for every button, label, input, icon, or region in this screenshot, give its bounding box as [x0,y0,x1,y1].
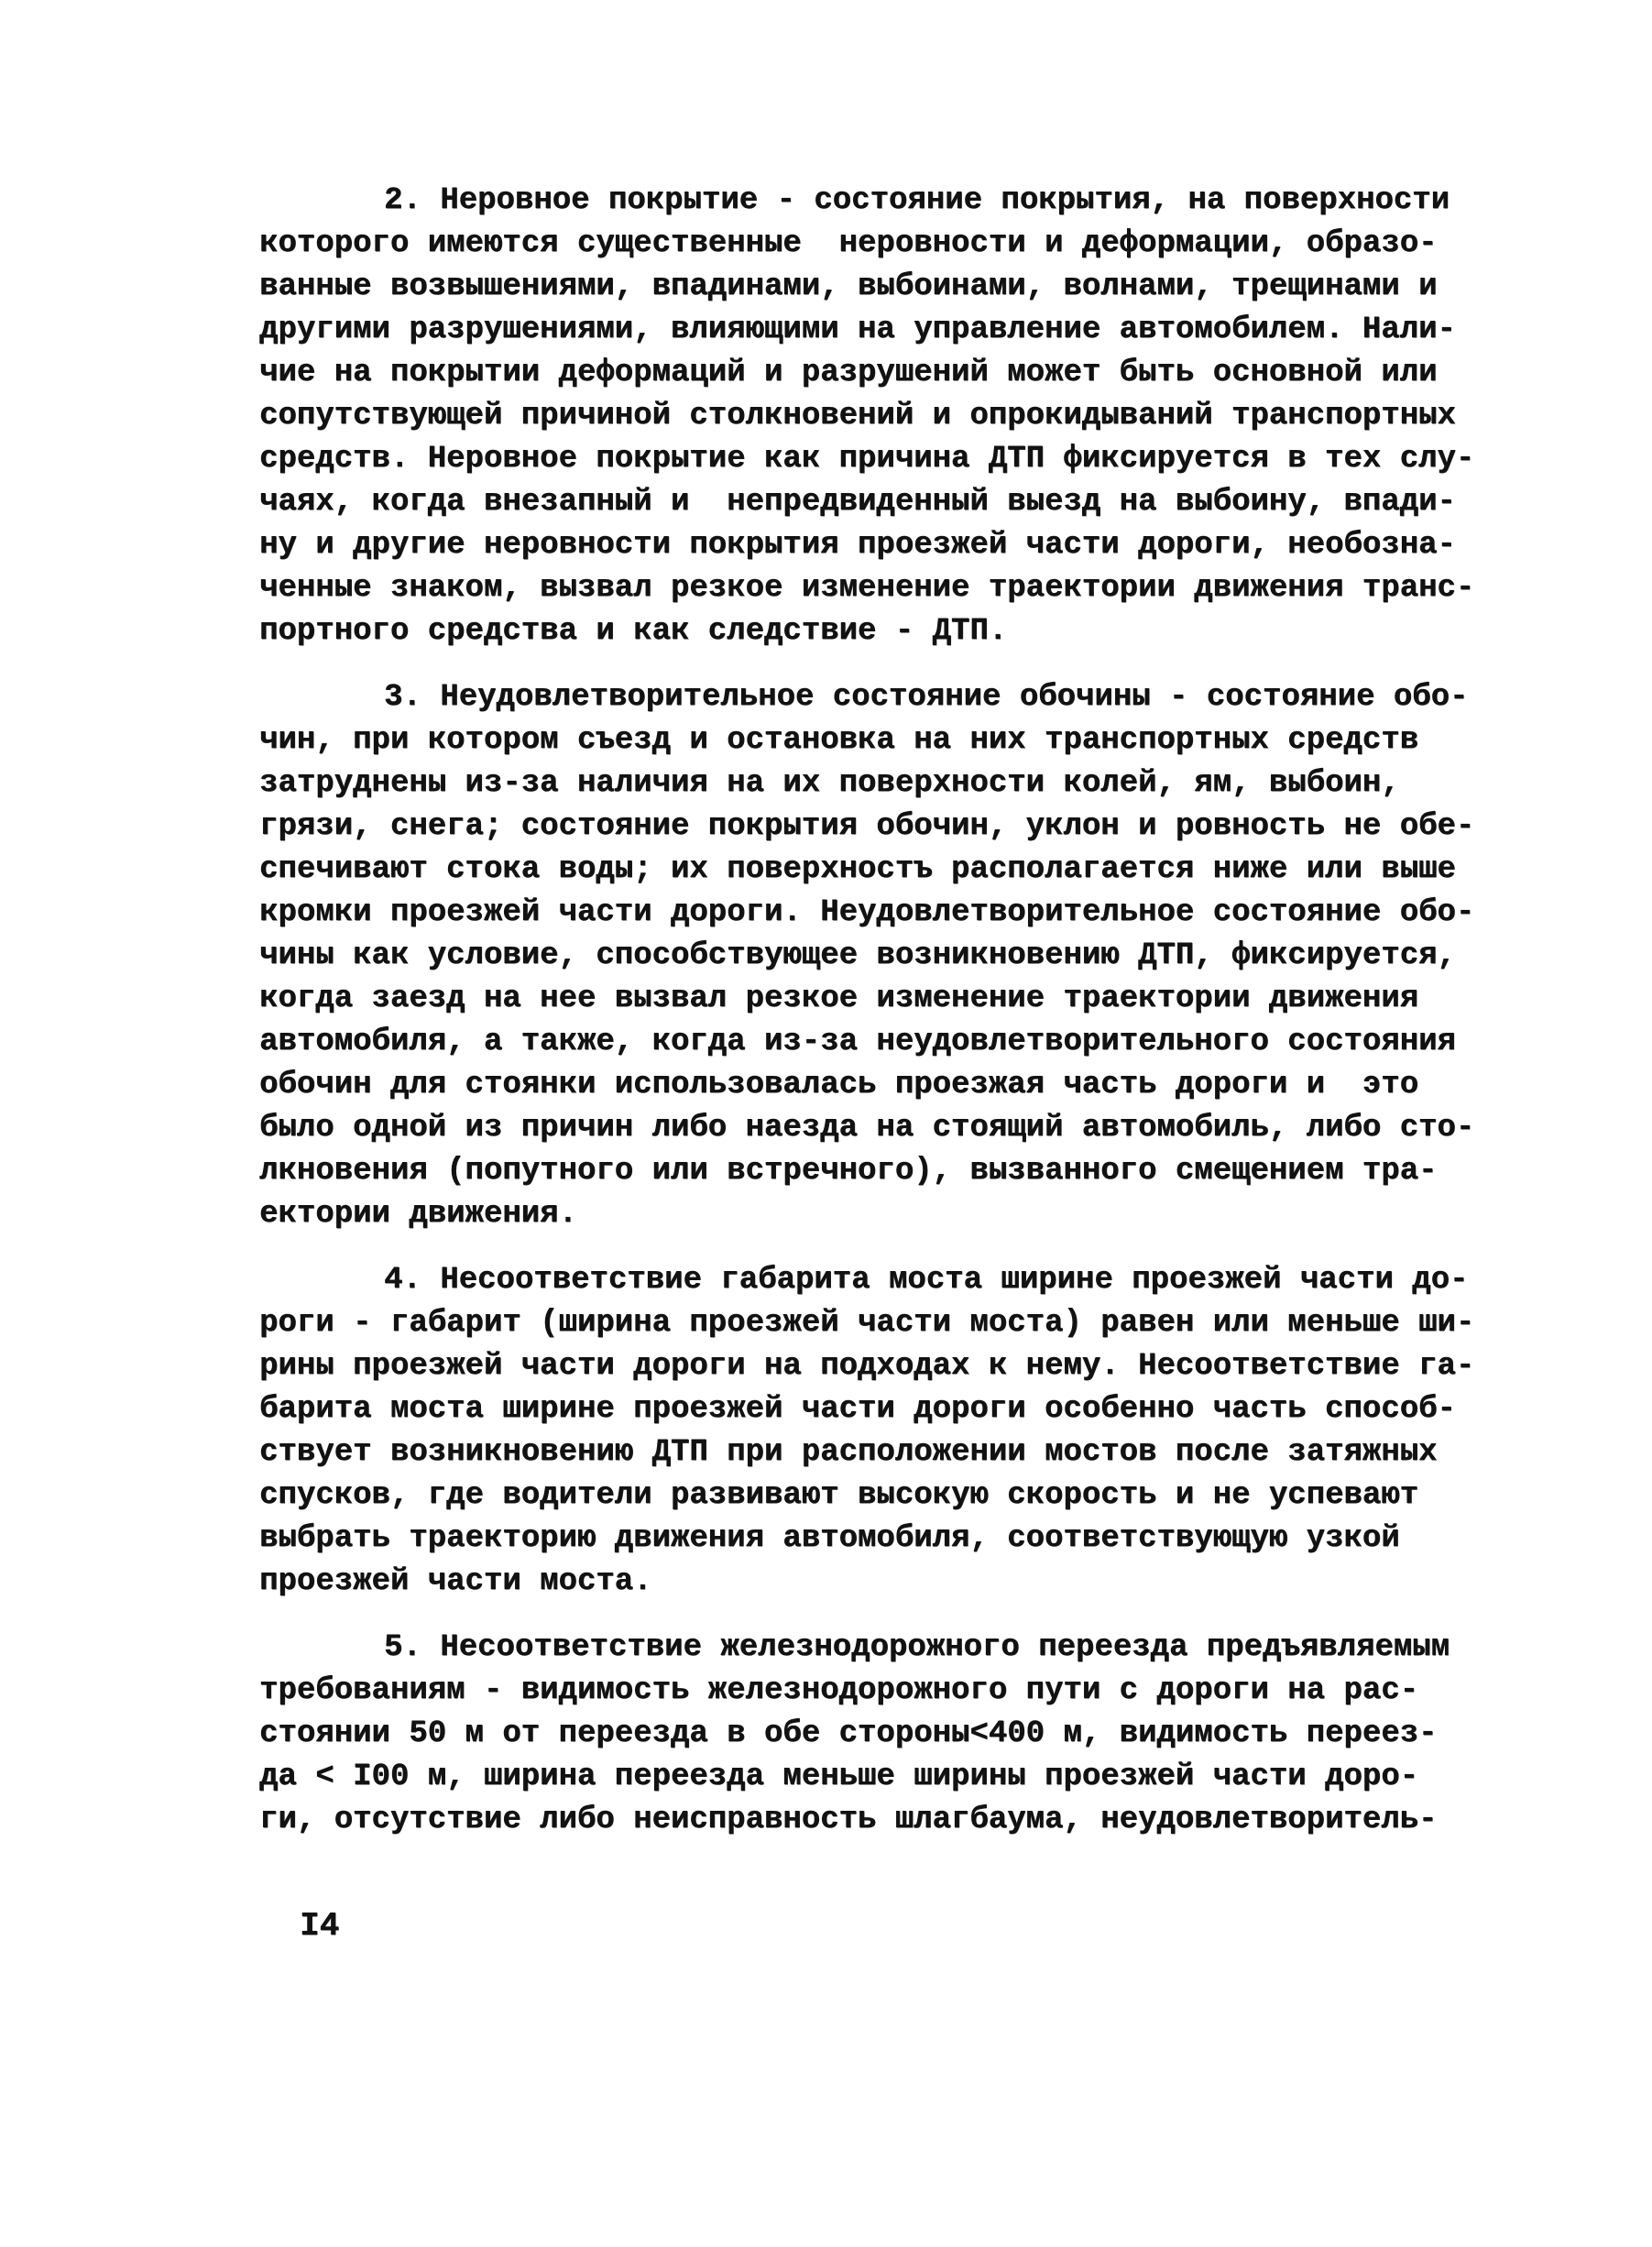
text-line: спечивают стока воды; их поверхностъ рас… [259,849,1478,892]
text-line: которого имеются существенные неровности… [259,223,1478,266]
text-line: барита моста ширине проезжей части дорог… [259,1388,1478,1431]
text-line: ченные знаком, вызвал резкое изменение т… [259,567,1478,610]
text-line: обочин для стоянки использовалась проезж… [259,1064,1478,1107]
text-line: средств. Неровное покрытие как причина Д… [259,438,1478,481]
text-line: ги, отсутствие либо неисправность шлагба… [259,1799,1478,1842]
text-line: грязи, снега; состояние покрытия обочин,… [259,806,1478,849]
text-line: ну и другие неровности покрытия проезжей… [259,524,1478,567]
text-line: кромки проезжей части дороги. Неудовлетв… [259,892,1478,935]
page-number: I4 [300,1904,339,1947]
text-line: проезжей части моста. [259,1561,1478,1604]
text-line: было одной из причин либо наезда на стоя… [259,1107,1478,1150]
text-line: чие на покрытии деформаций и разрушений … [259,352,1478,395]
text-line: ванные возвышениями, впадинами, выбоинам… [259,266,1478,309]
text-line: 2. Неровное покрытие - состояние покрыти… [259,180,1478,223]
paragraph-item-5: 5. Несоответствие железнодорожного перее… [259,1627,1478,1842]
scanned-page: 2. Неровное покрытие - состояние покрыти… [0,0,1652,2247]
paragraph-item-3: 3. Неудовлетворительное состояние обочин… [259,676,1478,1236]
text-line: стоянии 50 м от переезда в обе стороны<4… [259,1713,1478,1756]
text-line: 4. Несоответствие габарита моста ширине … [259,1259,1478,1302]
paragraph-item-2: 2. Неровное покрытие - состояние покрыти… [259,180,1478,653]
text-line: 3. Неудовлетворительное состояние обочин… [259,676,1478,719]
text-line: выбрать траекторию движения автомобиля, … [259,1518,1478,1561]
text-line: требованиям - видимость железнодорожного… [259,1670,1478,1713]
text-line: автомобиля, а также, когда из-за неудовл… [259,1021,1478,1064]
text-line: чин, при котором съезд и остановка на ни… [259,719,1478,762]
paragraph-item-4: 4. Несоответствие габарита моста ширине … [259,1259,1478,1604]
text-line: другими разрушениями, влияющими на управ… [259,309,1478,352]
text-line: чаях, когда внезапный и непредвиденный в… [259,481,1478,524]
text-line: спусков, где водители развивают высокую … [259,1474,1478,1518]
text-line: да < I00 м, ширина переезда меньше ширин… [259,1756,1478,1799]
text-line: ектории движения. [259,1193,1478,1236]
text-line: лкновения (попутного или встречного), вы… [259,1150,1478,1193]
text-line: портного средства и как следствие - ДТП. [259,610,1478,653]
text-line: чины как условие, способствующее возникн… [259,935,1478,978]
text-line: когда заезд на нее вызвал резкое изменен… [259,978,1478,1021]
text-block: 2. Неровное покрытие - состояние покрыти… [259,180,1478,1842]
text-line: рины проезжей части дороги на подходах к… [259,1345,1478,1388]
text-line: ствует возникновению ДТП при расположени… [259,1431,1478,1474]
text-line: 5. Несоответствие железнодорожного перее… [259,1627,1478,1670]
text-line: роги - габарит (ширина проезжей части мо… [259,1302,1478,1345]
text-line: сопутствующей причиной столкновений и оп… [259,395,1478,438]
text-line: затруднены из-за наличия на их поверхнос… [259,762,1478,806]
